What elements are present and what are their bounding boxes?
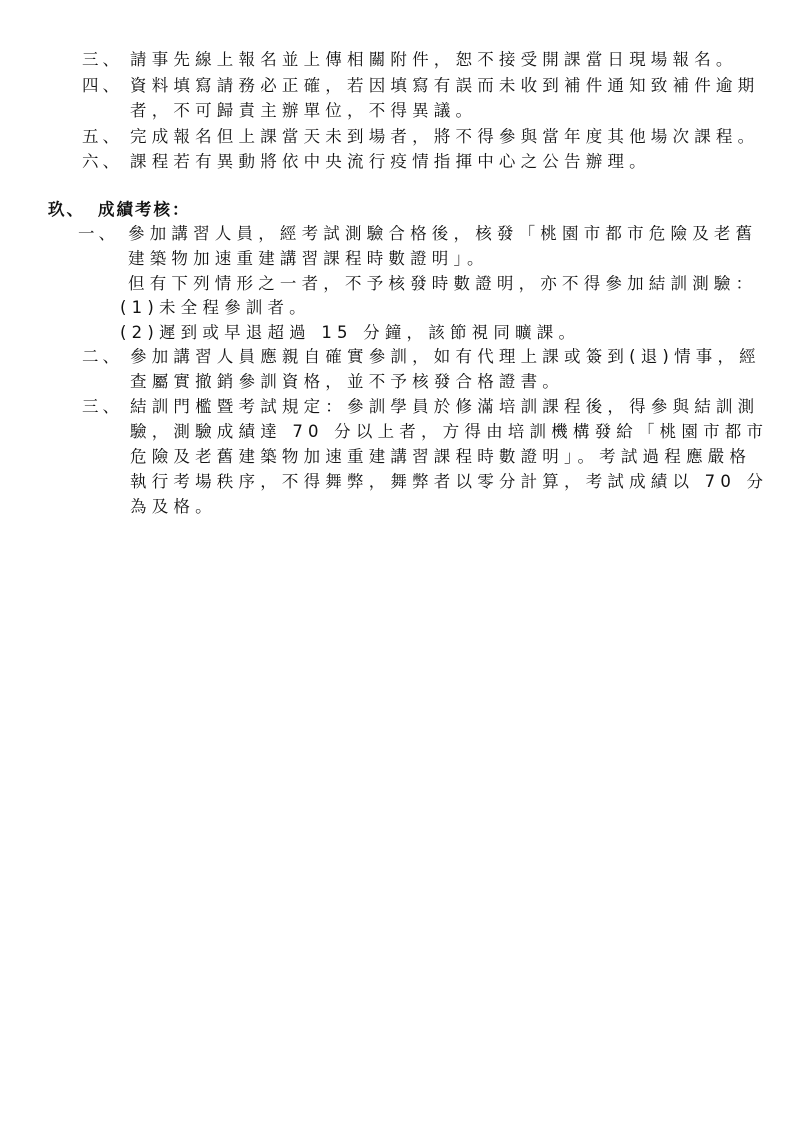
list-marker: 二、 <box>82 346 123 368</box>
list-marker: 六、 <box>82 151 123 173</box>
list-text: 資料填寫請務必正確，若因填寫有誤而未收到補件通知致補件逾期 <box>130 75 759 97</box>
list-text: 建築物加速重建講習課程時數證明」。 <box>128 248 489 270</box>
list-marker: 三、 <box>82 49 123 71</box>
condition-1: (1)未全程參訓者。 <box>120 297 311 319</box>
list-text: 完成報名但上課當天未到場者，將不得參與當年度其他場次課程。 <box>130 126 759 148</box>
section-marker: 玖、 <box>48 199 85 221</box>
list-text: 課程若有異動將依中央流行疫情指揮中心之公告辦理。 <box>130 151 651 173</box>
list-text: 參加講習人員應親自確實參訓，如有代理上課或簽到(退)情事，經 <box>130 346 761 368</box>
list-marker: 一、 <box>78 223 119 245</box>
list-text: 者，不可歸責主辦單位，不得異議。 <box>130 100 477 122</box>
condition-2: (2)遲到或早退超過 15 分鐘，該節視同曠課。 <box>120 322 580 344</box>
list-text: 危險及老舊建築物加速重建講習課程時數證明」。考試過程應嚴格 <box>130 446 751 468</box>
list-marker: 四、 <box>82 75 123 97</box>
list-text: 請事先線上報名並上傳相關附件，恕不接受開課當日現場報名。 <box>130 49 738 71</box>
list-text: 驗，測驗成績達 70 分以上者，方得由培訓機構發給「桃園市都市 <box>130 421 768 443</box>
list-marker: 五、 <box>82 126 123 148</box>
list-text: 執行考場秩序，不得舞弊，舞弊者以零分計算，考試成績以 70 分 <box>130 471 768 493</box>
list-text: 查屬實撤銷參訓資格，並不予核發合格證書。 <box>130 371 564 393</box>
list-text: 但有下列情形之一者，不予核發時數證明，亦不得參加結訓測驗： <box>128 273 757 295</box>
document-page: 三、 請事先線上報名並上傳相關附件，恕不接受開課當日現場報名。 四、 資料填寫請… <box>0 0 800 1132</box>
list-marker: 三、 <box>82 396 123 418</box>
list-text: 結訓門檻暨考試規定：參訓學員於修滿培訓課程後，得參與結訓測 <box>130 396 759 418</box>
list-text: 為及格。 <box>130 496 217 518</box>
section-title: 成績考核： <box>98 199 191 221</box>
list-text: 參加講習人員，經考試測驗合格後，核發「桃園市都市危險及老舊 <box>128 223 757 245</box>
